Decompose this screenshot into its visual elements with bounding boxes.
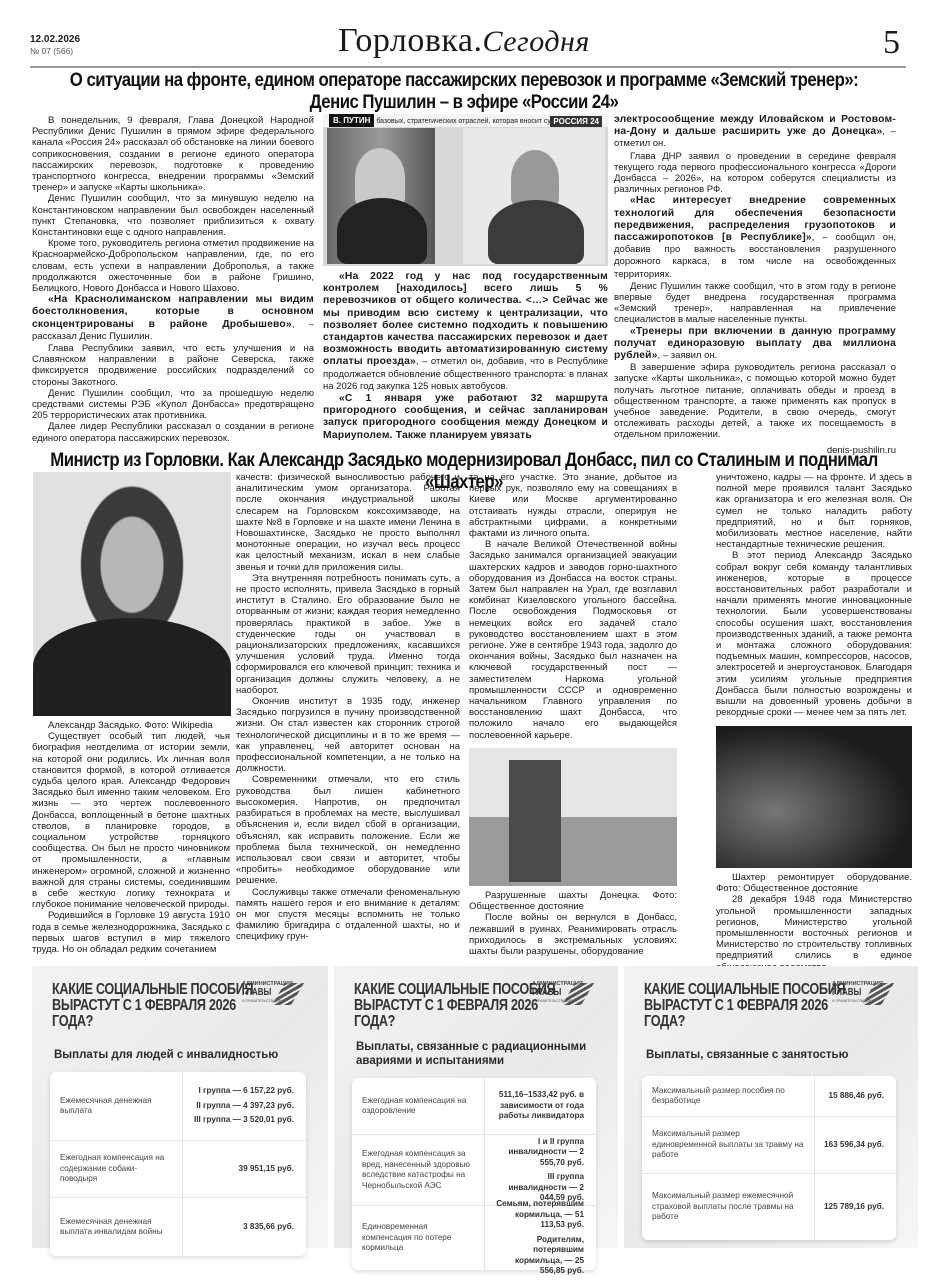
table-row: Единовременная компенсация по потере кор… [352, 1206, 596, 1270]
article2-column-3-after: После войны он вернулся в Донбасс, лежав… [469, 912, 677, 957]
masthead-divider [30, 66, 906, 68]
benefit-label: Единовременная компенсация по потере кор… [352, 1206, 485, 1270]
paragraph: Денис Пушилин сообщил, что за минувшую н… [32, 193, 314, 238]
article2-column-2: качеств: физической выносливостью рабоче… [236, 472, 460, 943]
benefit-label: Максимальный размер ежемесячной страхово… [642, 1174, 815, 1240]
table-row: Ежегодная компенсация за вред, нанесенны… [352, 1135, 596, 1206]
article2-column-4: уничтожено, кадры — на фронте. И здесь в… [716, 472, 912, 718]
paragraph: электросообщение между Иловайском и Рост… [614, 114, 896, 151]
card-subtitle: Выплаты, связанные с радиационными авари… [356, 1040, 600, 1068]
benefit-amount: 163 596,34 руб. [815, 1117, 896, 1173]
article1-column-1: В понедельник, 9 февраля, Глава Донецкой… [32, 115, 314, 444]
benefit-amount: Семьям, потерявшим кормильца, — 51 113,5… [485, 1206, 596, 1270]
portrait-caption-block: Александр Засядько. Фото: Wikipedia Суще… [32, 720, 230, 955]
newspaper-title-main: Горловка. [338, 22, 482, 59]
tv-broadcast-photo: В. ПУТИН базовых, стратегических отрасле… [323, 114, 608, 266]
paragraph: Родившийся в Горловке 19 августа 1910 го… [32, 910, 230, 955]
benefit-amount: 15 886,46 руб. [815, 1076, 896, 1116]
article1-headline-line2: Денис Пушилин – в эфире «России 24» [31, 91, 898, 113]
administration-logo-icon: АДМИНИСТРАЦИЯГЛАВЫИ ПРАВИТЕЛЬСТВА ДНР [242, 981, 306, 1009]
amount-line: Родителям, потерявшим кормильца, — 25 55… [491, 1235, 584, 1277]
newspaper-title: Горловка.Сегодня [0, 22, 928, 60]
article2-column-1: Существует особый тип людей, чья биограф… [32, 731, 230, 955]
tv-host-image [327, 128, 435, 264]
benefit-amount: 511,16–1533,42 руб. в зависимости от год… [485, 1078, 596, 1134]
amount-line: I и II группа инвалидности — 2 555,70 ру… [491, 1137, 584, 1169]
amount-line: II группа — 4 397,23 руб. [196, 1101, 294, 1112]
article1-column-2: «На 2022 год у нас под государственным к… [323, 271, 608, 442]
table-row: Максимальный размер пособия по безработи… [642, 1076, 896, 1117]
card-subtitle: Выплаты, связанные с занятостью [646, 1048, 900, 1062]
paragraph: уничтожено, кадры — на фронте. И здесь в… [716, 472, 912, 550]
card-subtitle: Выплаты для людей с инвалидностью [54, 1048, 310, 1062]
paragraph: Глава ДНР заявил о проведении в середине… [614, 151, 896, 196]
benefit-amount: 3 835,66 руб. [183, 1198, 306, 1256]
quote-text: «На Краснолиманском направлении мы видим… [32, 294, 314, 329]
table-row: Максимальный размер единовременной выпла… [642, 1117, 896, 1174]
paragraph: Сослуживцы также отмечали феноменальную … [236, 887, 460, 943]
table-row: Ежегодная компенсация на содержание соба… [50, 1141, 306, 1198]
benefit-amount: I и II группа инвалидности — 2 555,70 ру… [485, 1135, 596, 1205]
newspaper-title-sub: Сегодня [483, 25, 590, 58]
table-row: Максимальный размер ежемесячной страхово… [642, 1174, 896, 1240]
paragraph: 28 декабря 1948 года Министерство угольн… [716, 894, 912, 972]
article1-column-3: электросообщение между Иловайском и Рост… [614, 114, 896, 456]
logo-text: ГЛАВЫ [532, 987, 561, 998]
benefits-card: КАКИЕ СОЦИАЛЬНЫЕ ПОСОБИЯ ВЫРАСТУТ С 1 ФЕ… [334, 966, 618, 1248]
benefit-label: Ежемесячная денежная выплата [50, 1072, 183, 1140]
paragraph: Денис Пушилин сообщил, что за прошедшую … [32, 388, 314, 422]
pushilin-image [463, 128, 605, 264]
article2-column-4-after: 28 декабря 1948 года Министерство угольн… [716, 894, 912, 972]
card-title: КАКИЕ СОЦИАЛЬНЫЕ ПОСОБИЯ ВЫРАСТУТ С 1 ФЕ… [52, 982, 265, 1030]
benefits-table: Максимальный размер пособия по безработи… [642, 1076, 896, 1240]
channel-logo: РОССИЯ 24 [550, 116, 602, 127]
amount-line: 39 951,15 руб. [239, 1164, 294, 1175]
quote-text: «Тренеры при включении в данную программ… [614, 326, 896, 361]
paragraph: Эта внутренняя потребность понимать суть… [236, 573, 460, 696]
paragraph: После войны он вернулся в Донбасс, лежав… [469, 912, 677, 957]
amount-line: 163 596,34 руб. [824, 1140, 884, 1151]
paragraph: Денис Пушилин также сообщил, что в этом … [614, 281, 896, 326]
quote-text: «С 1 января уже работают 32 маршрута при… [323, 393, 608, 441]
article1-headline: О ситуации на фронте, едином операторе п… [31, 69, 898, 113]
table-row: Ежемесячная денежная выплатаI группа — 6… [50, 1072, 306, 1141]
amount-line: I группа — 6 157,22 руб. [198, 1086, 294, 1097]
benefits-table: Ежегодная компенсация на оздоровление511… [352, 1078, 596, 1270]
paragraph: та на его участке. Это знание, добытое и… [469, 472, 677, 539]
benefit-label: Максимальный размер пособия по безработи… [642, 1076, 815, 1116]
page-number: 5 [883, 24, 900, 62]
article1-headline-line1: О ситуации на фронте, едином операторе п… [31, 69, 898, 91]
benefit-label: Ежегодная компенсация на содержание соба… [50, 1141, 183, 1197]
paragraph: «На Краснолиманском направлении мы видим… [32, 294, 314, 343]
table-row: Ежемесячная денежная выплата инвалидам в… [50, 1198, 306, 1256]
benefit-label: Ежегодная компенсация на оздоровление [352, 1078, 485, 1134]
amount-line: III группа — 3 520,01 руб. [194, 1115, 294, 1126]
ticker-tag: В. ПУТИН [329, 114, 374, 127]
quote-text: «На 2022 год у нас под государственным к… [323, 271, 608, 367]
amount-line: 511,16–1533,42 руб. в зависимости от год… [491, 1090, 584, 1122]
administration-logo-icon: АДМИНИСТРАЦИЯГЛАВЫИ ПРАВИТЕЛЬСТВА ДНР [532, 981, 596, 1009]
paragraph: В этот период Александр Засядько собрал … [716, 550, 912, 718]
amount-line: 3 835,66 руб. [243, 1222, 294, 1233]
ruins-caption: Разрушенные шахты Донецка. Фото: Обществ… [469, 890, 677, 912]
miner-caption: Шахтер ремонтирует оборудование. Фото: О… [716, 872, 912, 894]
article2-column-3: та на его участке. Это знание, добытое и… [469, 472, 677, 741]
benefit-label: Ежегодная компенсация за вред, нанесенны… [352, 1135, 485, 1205]
benefits-table: Ежемесячная денежная выплатаI группа — 6… [50, 1072, 306, 1256]
paragraph: Далее лидер Республики рассказал о созда… [32, 421, 314, 443]
paragraph: «На 2022 год у нас под государственным к… [323, 271, 608, 393]
quote-text: электросообщение между Иловайском и Рост… [614, 114, 896, 137]
destroyed-mines-photo [469, 748, 677, 886]
table-row: Ежегодная компенсация на оздоровление511… [352, 1078, 596, 1135]
benefit-amount: I группа — 6 157,22 руб.II группа — 4 39… [183, 1072, 306, 1140]
paragraph: «С 1 января уже работают 32 маршрута при… [323, 393, 608, 442]
administration-logo-icon: АДМИНИСТРАЦИЯГЛАВЫИ ПРАВИТЕЛЬСТВА ДНР [832, 981, 896, 1009]
benefits-card: КАКИЕ СОЦИАЛЬНЫЕ ПОСОБИЯ ВЫРАСТУТ С 1 ФЕ… [624, 966, 918, 1248]
paragraph: «Тренеры при включении в данную программ… [614, 326, 896, 363]
paragraph: В начале Великой Отечественной войны Зас… [469, 539, 677, 741]
article2-column-3-wrap: та на его участке. Это знание, добытое и… [469, 472, 677, 741]
paragraph: качеств: физической выносливостью рабоче… [236, 472, 460, 573]
logo-text: ГЛАВЫ [242, 987, 271, 998]
amount-line: Семьям, потерявшим кормильца, — 51 113,5… [491, 1199, 584, 1231]
benefits-card: КАКИЕ СОЦИАЛЬНЫЕ ПОСОБИЯ ВЫРАСТУТ С 1 ФЕ… [32, 966, 328, 1248]
quote-attribution: , – заявил он. [658, 350, 718, 361]
card-title: КАКИЕ СОЦИАЛЬНЫЕ ПОСОБИЯ ВЫРАСТУТ С 1 ФЕ… [644, 982, 857, 1030]
benefit-amount: 39 951,15 руб. [183, 1141, 306, 1197]
benefit-label: Ежемесячная денежная выплата инвалидам в… [50, 1198, 183, 1256]
amount-line: 125 789,16 руб. [824, 1202, 884, 1213]
benefit-amount: 125 789,16 руб. [815, 1174, 896, 1240]
portrait-caption: Александр Засядько. Фото: Wikipedia [32, 720, 230, 731]
amount-line: 15 886,46 руб. [829, 1091, 884, 1102]
paragraph: Окончив институт в 1935 году, инженер За… [236, 696, 460, 774]
miner-photo [716, 726, 912, 868]
paragraph: Современники отмечали, что его стиль рук… [236, 774, 460, 886]
paragraph: Кроме того, руководитель региона отметил… [32, 238, 314, 294]
paragraph: В понедельник, 9 февраля, Глава Донецкой… [32, 115, 314, 193]
logo-text: ГЛАВЫ [832, 987, 861, 998]
zasyadko-portrait [33, 472, 231, 716]
paragraph: Существует особый тип людей, чья биограф… [32, 731, 230, 910]
paragraph: В завершение эфира руководитель региона … [614, 362, 896, 440]
ruins-caption-block: Разрушенные шахты Донецка. Фото: Обществ… [469, 890, 677, 957]
miner-caption-block: Шахтер ремонтирует оборудование. Фото: О… [716, 872, 912, 973]
benefit-label: Максимальный размер единовременной выпла… [642, 1117, 815, 1173]
paragraph: «Нас интересует внедрение современных те… [614, 195, 896, 280]
paragraph: Глава Республики заявил, что есть улучше… [32, 343, 314, 388]
